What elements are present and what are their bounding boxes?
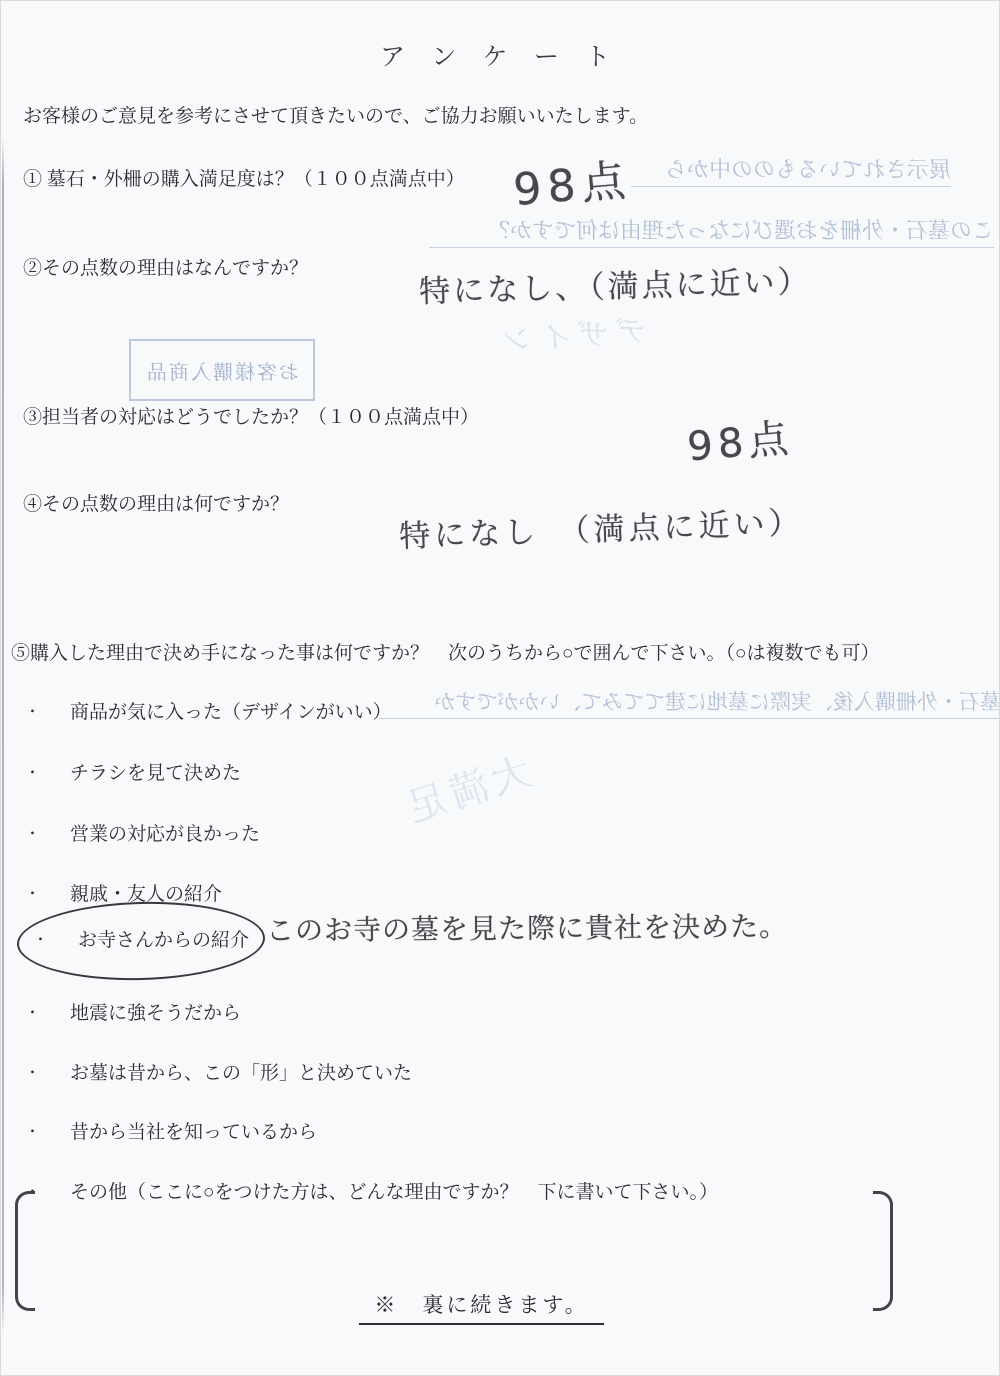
- bleedthrough-handwriting-design: デザイン: [492, 306, 649, 363]
- option-item-2: ・チラシを見て決めた: [23, 758, 241, 785]
- handwritten-answer-q4: 特になし （満点に近い）: [398, 497, 804, 556]
- bullet-dot: ・: [33, 928, 48, 950]
- answer-area-bracket-right: [873, 1191, 893, 1311]
- option-item-5: ・お寺さんからの紹介: [31, 925, 249, 952]
- bleedthrough-line-2: この墓石・外柵をお選びになった理由は何ですか？: [429, 214, 994, 248]
- option-label: お墓は昔から、この「形」と決めていた: [70, 1063, 412, 1084]
- bleedthrough-line-1: 展示されているものの中から: [631, 153, 951, 187]
- bullet-dot: ・: [25, 822, 40, 844]
- question-2-label: ②その点数の理由はなんですか？: [23, 253, 308, 280]
- footer-note: ※ 裏に続きます。: [359, 1289, 604, 1325]
- option-item-3: ・営業の対応が良かった: [23, 819, 260, 846]
- handwritten-note-option-5: このお寺の墓を見た際に貴社を決めた。: [266, 905, 788, 950]
- handwritten-answer-q1: 98点: [510, 144, 633, 218]
- scanned-survey-page: ア ン ケ ー ト お客様のご意見を参考にさせて頂きたいので、ご協力お願いいたし…: [0, 0, 1000, 1376]
- option-item-7: ・お墓は昔から、この「形」と決めていた: [23, 1058, 412, 1085]
- option-label: 昔から当社を知っているから: [70, 1122, 317, 1143]
- bullet-dot: ・: [25, 882, 40, 904]
- bleedthrough-stamp-label: お客様購入商品: [145, 356, 299, 385]
- option-label: 地震に強そうだから: [70, 1003, 241, 1024]
- option-item-1: ・商品が気に入った（デザインがいい）: [23, 697, 392, 724]
- intro-text: お客様のご意見を参考にさせて頂きたいので、ご協力お願いいたします。: [23, 101, 648, 128]
- option-item-6: ・地震に強そうだから: [23, 998, 241, 1025]
- option-item-8: ・昔から当社を知っているから: [23, 1117, 317, 1144]
- bullet-dot: ・: [25, 761, 40, 783]
- bleedthrough-stamp-box: お客様購入商品: [129, 339, 315, 401]
- question-1-label: ① 墓石・外柵の購入満足度は？（１００点満点中）: [23, 164, 465, 191]
- option-label: その他（ここに○をつけた方は、どんな理由ですか？ 下に書いて下さい。）: [70, 1182, 718, 1203]
- option-label: 商品が気に入った（デザインがいい）: [70, 702, 392, 723]
- option-label: お寺さんからの紹介: [78, 930, 249, 951]
- bullet-dot: ・: [25, 1061, 40, 1083]
- question-5-label: ⑤購入した理由で決め手になった事は何ですか？ 次のうちから○で囲んで下さい。（○…: [11, 638, 879, 665]
- bleedthrough-handwriting-satisfaction: 大満足: [395, 740, 539, 837]
- scan-edge-artifact: [2, 136, 4, 1336]
- question-3-label: ③担当者の対応はどうでしたか？（１００点満点中）: [23, 402, 479, 429]
- answer-area-bracket-left: [15, 1191, 35, 1311]
- question-4-label: ④その点数の理由は何ですか？: [23, 489, 289, 516]
- handwritten-answer-q3: 98点: [685, 406, 795, 472]
- bullet-dot: ・: [25, 1001, 40, 1023]
- option-label: チラシを見て決めた: [70, 763, 241, 784]
- option-item-9: ・その他（ここに○をつけた方は、どんな理由ですか？ 下に書いて下さい。）: [23, 1177, 718, 1204]
- option-label: 営業の対応が良かった: [70, 824, 260, 845]
- bullet-dot: ・: [25, 700, 40, 722]
- bullet-dot: ・: [25, 1120, 40, 1142]
- page-title: ア ン ケ ー ト: [1, 37, 999, 73]
- bleedthrough-line-3: 墓石・外柵購入後、実際に墓地に建ててみて、いかがですか: [379, 686, 1000, 719]
- handwritten-answer-q2: 特になし、（満点に近い）: [418, 256, 812, 311]
